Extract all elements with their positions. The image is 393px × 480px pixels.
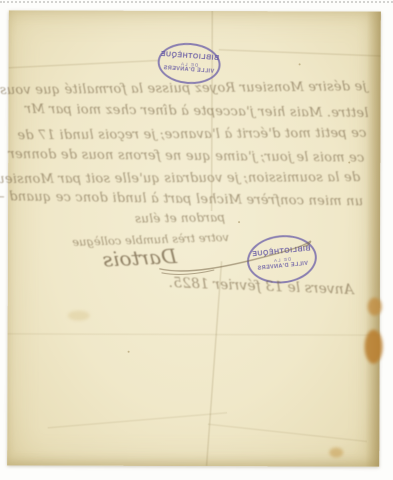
handwriting-line-short: pardon et élus [143, 210, 225, 225]
scan-artifact-dotted-line [0, 1, 393, 3]
stamp-text-ville-anvers: VILLE D'ANVERS [163, 65, 214, 76]
fold-crease [208, 423, 367, 443]
handwriting-line: ce petit mot d'écrit à l'avance; je reço… [36, 126, 366, 143]
edge-stain [368, 298, 382, 316]
fold-crease [9, 59, 159, 69]
fold-crease [8, 332, 380, 336]
dateline: Anvers le 13 février 1825. [206, 276, 355, 298]
fold-crease [48, 411, 228, 429]
handwriting-line: un mien confrère Michel part à lundi don… [28, 190, 363, 210]
stamp-text-ville-anvers: VILLE D'ANVERS [257, 260, 308, 272]
handwriting-line: ce mois le jour; j'aime que ne ferons no… [36, 147, 364, 165]
handwriting-line: je désire Monsieur Royez puisse la forma… [38, 79, 366, 97]
paper-right-edge-shading [365, 12, 381, 467]
handwriting-line: de la soumission; je voudrais qu'elle so… [38, 170, 360, 187]
fold-crease [219, 48, 381, 57]
scanned-letter-page: BIBLIOTHÈQUE DE LA VILLE D'ANVERS BIBLIO… [0, 0, 393, 480]
faint-stain [68, 311, 90, 321]
speck [238, 221, 240, 223]
edge-stain-large [365, 330, 383, 364]
handwriting-line: lettre. Mais hier j'accepte à dîner chez… [36, 102, 368, 121]
speck [128, 351, 130, 353]
signature: Dartois [100, 244, 177, 272]
letter-paper: BIBLIOTHÈQUE DE LA VILLE D'ANVERS BIBLIO… [7, 10, 381, 466]
speck [299, 63, 301, 65]
corner-stain [329, 447, 343, 457]
